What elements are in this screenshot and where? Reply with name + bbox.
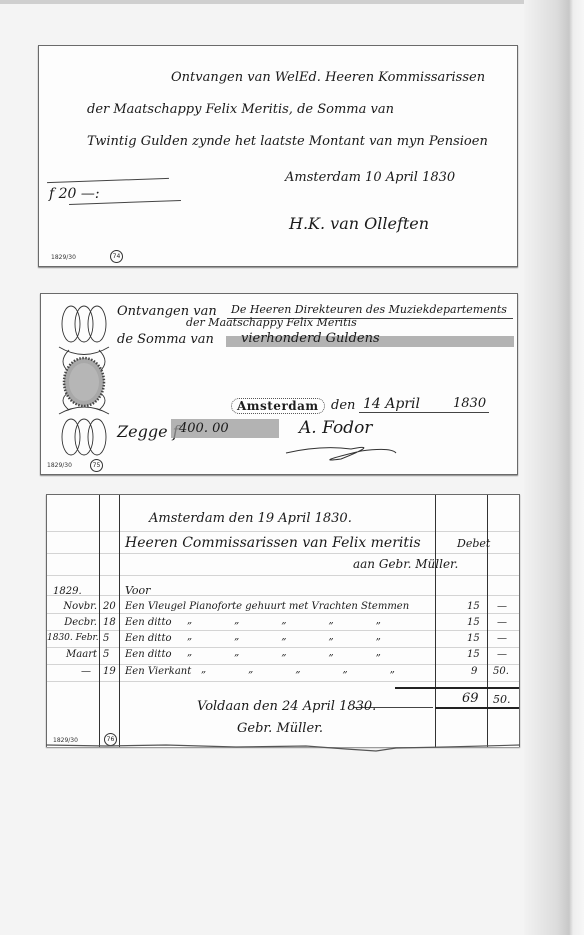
archive-ref: 1829/30 bbox=[47, 462, 72, 469]
ditto-marks: „„„„„ bbox=[187, 631, 423, 642]
invoice-creditor: aan Gebr. Müller. bbox=[353, 557, 458, 571]
invoice-addressee: Heeren Commissarissen van Felix meritis bbox=[125, 535, 421, 551]
receipt2-amount-words: vierhonderd Guldens bbox=[241, 331, 380, 346]
column-rule-day bbox=[119, 495, 120, 747]
flourish-ornament bbox=[49, 302, 119, 467]
invoice-76: Amsterdam den 19 April 1830. Heeren Comm… bbox=[46, 494, 520, 747]
receipt1-line2: der Maatschappy Felix Meritis, de Somma … bbox=[87, 102, 394, 117]
receipt2-zegge-label: Zegge f bbox=[117, 422, 179, 441]
amount-rule-top bbox=[47, 178, 169, 183]
receipt1-line3: Twintig Gulden zynde het laatste Montant… bbox=[87, 134, 488, 149]
total-rule bbox=[395, 687, 519, 689]
signature-flourish bbox=[281, 439, 401, 464]
column-rule-cents bbox=[487, 495, 488, 747]
receipt-74: Ontvangen van WelEd. Heeren Kommissariss… bbox=[38, 45, 518, 267]
receipt1-signature: H.K. van Olleften bbox=[289, 214, 429, 233]
column-rule-month bbox=[99, 495, 100, 747]
invoice-paid-note: Voldaan den 24 April 1830. bbox=[197, 699, 376, 714]
invoice-year-1829: 1829. bbox=[53, 586, 82, 597]
item-number-badge: 74 bbox=[110, 250, 123, 263]
ditto-marks: „„„„„ bbox=[187, 615, 423, 626]
invoice-debet-label: Debet bbox=[457, 537, 490, 550]
archive-ref: 1829/30 bbox=[51, 254, 76, 261]
receipt-75: Ontvangen van De Heeren Direkteuren des … bbox=[40, 293, 518, 475]
page-gutter-shadow bbox=[524, 0, 584, 935]
ditto-marks: „„„„„ bbox=[201, 664, 437, 675]
receipt1-amount: f 20 —: bbox=[49, 186, 100, 202]
invoice-total-cents: 50. bbox=[493, 693, 511, 706]
receipt2-year: 1830 bbox=[453, 396, 486, 411]
ditto-marks: „„„„„ bbox=[187, 647, 423, 658]
receipt2-date: 14 April bbox=[363, 396, 420, 412]
invoice-voor: Voor bbox=[125, 584, 150, 597]
torn-bottom-edge bbox=[46, 743, 520, 757]
receipt1-place-date: Amsterdam 10 April 1830 bbox=[285, 170, 455, 185]
receipt2-payer-line2: der Maatschappy Felix Meritis bbox=[186, 316, 357, 329]
date-rule bbox=[359, 412, 489, 413]
amsterdam-printed-label: Amsterdam bbox=[231, 398, 325, 414]
receipt1-line1: Ontvangen van WelEd. Heeren Kommissariss… bbox=[171, 70, 485, 85]
invoice-signature: Gebr. Müller. bbox=[237, 721, 323, 736]
page-top-edge bbox=[0, 0, 584, 4]
receipt2-amount: 400. 00 bbox=[179, 421, 229, 436]
receipt2-payer-field: De Heeren Direkteuren des Muziekdepartem… bbox=[231, 303, 507, 316]
total-double-rule bbox=[435, 707, 519, 709]
receipt2-signature: A. Fodor bbox=[299, 418, 372, 438]
invoice-header-date: Amsterdam den 19 April 1830. bbox=[149, 511, 352, 526]
invoice-total-guilders: 69 bbox=[462, 691, 479, 706]
receipt2-den-label: den bbox=[331, 398, 355, 413]
receipt2-somma-label: de Somma van bbox=[117, 332, 214, 347]
column-rule-guilders bbox=[435, 495, 436, 747]
item-number-badge: 75 bbox=[90, 459, 103, 472]
